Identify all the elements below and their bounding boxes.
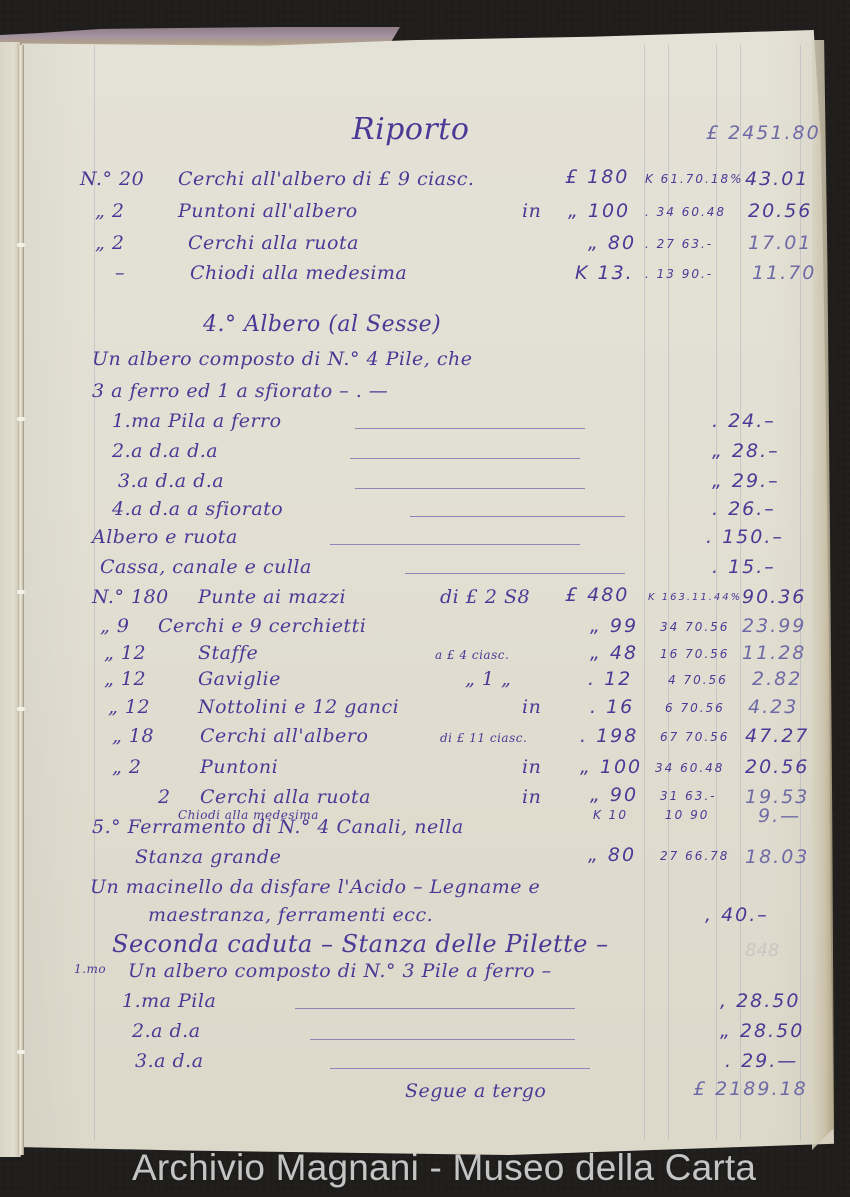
page-total: £ 2189.18: [693, 1078, 808, 1100]
riporto-heading: Riporto: [352, 112, 469, 147]
iron-row-amount: 23.99: [742, 615, 806, 637]
binding-stitch: [17, 417, 25, 421]
row-amount: 20.56: [748, 200, 812, 222]
iron-row-qty: „ 9: [100, 615, 129, 637]
pile-row-amount: , 28.50: [720, 990, 800, 1012]
leader-dashes: [295, 1008, 575, 1010]
leader-dashes: [410, 516, 625, 518]
iron-row-qty: N.° 180: [92, 586, 169, 608]
iron-row-rate: „ 100: [580, 756, 642, 778]
archive-watermark: Archivio Magnani - Museo della Carta: [132, 1147, 756, 1189]
section-3-marker: 1.mo: [74, 962, 106, 976]
pile-row-desc: Albero e ruota: [92, 526, 238, 548]
pile-row-desc: 1.ma Pila: [122, 990, 216, 1012]
iron-row-qty: 2: [158, 786, 171, 808]
iron-row-unit: di £ 11 ciasc.: [440, 731, 527, 745]
iron-row-weight: K 163.11.44%: [648, 592, 742, 603]
iron-row-desc: Gaviglie: [198, 668, 281, 690]
binding-stitch: [17, 243, 25, 247]
iron-row-weight: 10 90: [665, 808, 709, 822]
iron-row-amount: 47.27: [745, 725, 809, 747]
iron-row-weight: 4 70.56: [668, 673, 728, 687]
continued-note: Segue a tergo: [405, 1080, 546, 1102]
row-desc: Puntoni all'albero: [178, 200, 358, 222]
pile-row-desc: 1.ma Pila a ferro: [112, 410, 282, 432]
iron-row-desc: Nottolini e 12 ganci: [198, 696, 399, 718]
ferramento-amount: 18.03: [745, 846, 809, 868]
macinello-amount: , 40.–: [705, 904, 769, 926]
row-amount: 11.70: [752, 262, 816, 284]
iron-row-rate: „ 90: [590, 784, 638, 806]
ferramento-line: Stanza grande: [135, 846, 281, 868]
section-3-heading: Seconda caduta – Stanza delle Pilette –: [112, 930, 609, 958]
iron-row-amount: 11.28: [742, 642, 806, 664]
iron-row-rate: „ 99: [590, 615, 638, 637]
macinello-line: maestranza, ferramenti ecc.: [148, 904, 433, 926]
row-weight: . 27 63.-: [645, 237, 713, 251]
row-desc: Chiodi alla medesima: [190, 262, 407, 284]
row-qty: „ 2: [95, 200, 124, 222]
pile-row-desc: Cassa, canale e culla: [100, 556, 312, 578]
carried-total: £ 2451.80: [706, 122, 821, 144]
iron-row-rate: . 16: [590, 696, 634, 718]
row-desc: Cerchi alla ruota: [188, 232, 359, 254]
iron-row-qty: „ 2: [112, 756, 141, 778]
iron-row-amount: 2.82: [752, 668, 802, 690]
iron-row-unit: in: [522, 696, 541, 718]
ferramento-weight: 27 66.78: [660, 849, 729, 863]
iron-row-unit: in: [522, 756, 541, 778]
pile-row-desc: 2.a d.a: [132, 1020, 201, 1042]
iron-row-qty: „ 12: [104, 668, 146, 690]
pile-row-desc: 3.a d.a: [135, 1050, 204, 1072]
leader-dashes: [405, 573, 625, 575]
row-rate: „ 100: [568, 200, 630, 222]
leader-dashes: [330, 544, 580, 546]
leader-dashes: [310, 1039, 575, 1041]
row-rate: „ 80: [588, 232, 636, 254]
binding-stitch: [17, 1050, 25, 1054]
row-rate: K 13.: [575, 262, 634, 284]
pile-row-amount: . 15.–: [712, 556, 776, 578]
bleed-through-mark: 848: [745, 940, 779, 961]
section-2-heading: 4.° Albero (al Sesse): [203, 312, 441, 337]
iron-row-qty: „ 12: [104, 642, 146, 664]
pile-row-amount: . 24.–: [712, 410, 776, 432]
pile-row-desc: 2.a d.a d.a: [112, 440, 218, 462]
row-unit: in: [522, 200, 541, 222]
iron-row-unit: in: [522, 786, 541, 808]
row-weight: K 61.70.18%: [645, 172, 744, 186]
iron-row-qty: „ 12: [108, 696, 150, 718]
iron-row-unit: „ 1 „: [465, 668, 511, 690]
iron-row-rate: K 10: [593, 808, 628, 822]
iron-row-weight: 16 70.56: [660, 647, 729, 661]
iron-row-unit: di £ 2 S8: [440, 586, 530, 608]
row-desc: Cerchi all'albero di £ 9 ciasc.: [178, 168, 474, 190]
binding-stitch: [17, 590, 25, 594]
section-2-intro: 3 a ferro ed 1 a sfiorato – . —: [92, 380, 388, 402]
row-rate: £ 180: [565, 166, 629, 188]
row-qty: N.° 20: [80, 168, 144, 190]
iron-row-amount: 20.56: [745, 756, 809, 778]
pile-row-amount: „ 28.–: [712, 440, 780, 462]
iron-row-amount: 4.23: [748, 696, 798, 718]
iron-row-rate: „ 48: [590, 642, 638, 664]
section-2-intro: Un albero composto di N.° 4 Pile, che: [92, 348, 473, 370]
iron-row-desc: Cerchi alla ruota: [200, 786, 371, 808]
macinello-line: Un macinello da disfare l'Acido – Legnam…: [90, 876, 540, 898]
ferramento-rate: „ 80: [588, 844, 636, 866]
iron-row-amount: 90.36: [742, 586, 806, 608]
pile-row-amount: „ 28.50: [720, 1020, 804, 1042]
iron-row-qty: „ 18: [112, 725, 154, 747]
row-weight: . 34 60.48: [645, 205, 726, 219]
binding-stitch: [17, 707, 25, 711]
pile-row-desc: 4.a d.a a sfiorato: [112, 498, 283, 520]
iron-row-rate: £ 480: [565, 584, 629, 606]
iron-row-rate: . 12: [588, 668, 632, 690]
leader-dashes: [350, 458, 580, 460]
iron-row-weight: 67 70.56: [660, 730, 729, 744]
ferramento-line: 5.° Ferramento di N.° 4 Canali, nella: [92, 816, 464, 838]
section-3-intro: Un albero composto di N.° 3 Pile a ferro…: [128, 960, 552, 982]
iron-row-weight: 34 60.48: [655, 761, 724, 775]
iron-row-desc: Punte ai mazzi: [198, 586, 346, 608]
leader-dashes: [355, 488, 585, 490]
iron-row-rate: . 198: [580, 725, 638, 747]
iron-row-desc: Puntoni: [200, 756, 278, 778]
pile-row-desc: 3.a d.a d.a: [118, 470, 224, 492]
row-qty: „ 2: [95, 232, 124, 254]
pile-row-amount: . 29.—: [725, 1050, 798, 1072]
leader-dashes: [355, 428, 585, 430]
iron-row-weight: 31 63.-: [660, 789, 717, 803]
row-weight: . 13 90.-: [645, 267, 713, 281]
iron-row-desc: Cerchi e 9 cerchietti: [158, 615, 366, 637]
iron-row-desc: Staffe: [198, 642, 258, 664]
row-qty: –: [115, 262, 125, 284]
iron-row-weight: 34 70.56: [660, 620, 729, 634]
pile-row-amount: . 150.–: [706, 526, 784, 548]
iron-row-desc: Cerchi all'albero: [200, 725, 368, 747]
leader-dashes: [330, 1068, 590, 1070]
iron-row-unit: a £ 4 ciasc.: [435, 648, 509, 662]
binding-gutter: [18, 45, 24, 1155]
row-amount: 17.01: [748, 232, 812, 254]
iron-row-weight: 6 70.56: [665, 701, 725, 715]
pile-row-amount: . 26.–: [712, 498, 776, 520]
iron-row-amount: 9.—: [758, 805, 801, 827]
row-amount: 43.01: [745, 168, 809, 190]
pile-row-amount: „ 29.–: [712, 470, 780, 492]
